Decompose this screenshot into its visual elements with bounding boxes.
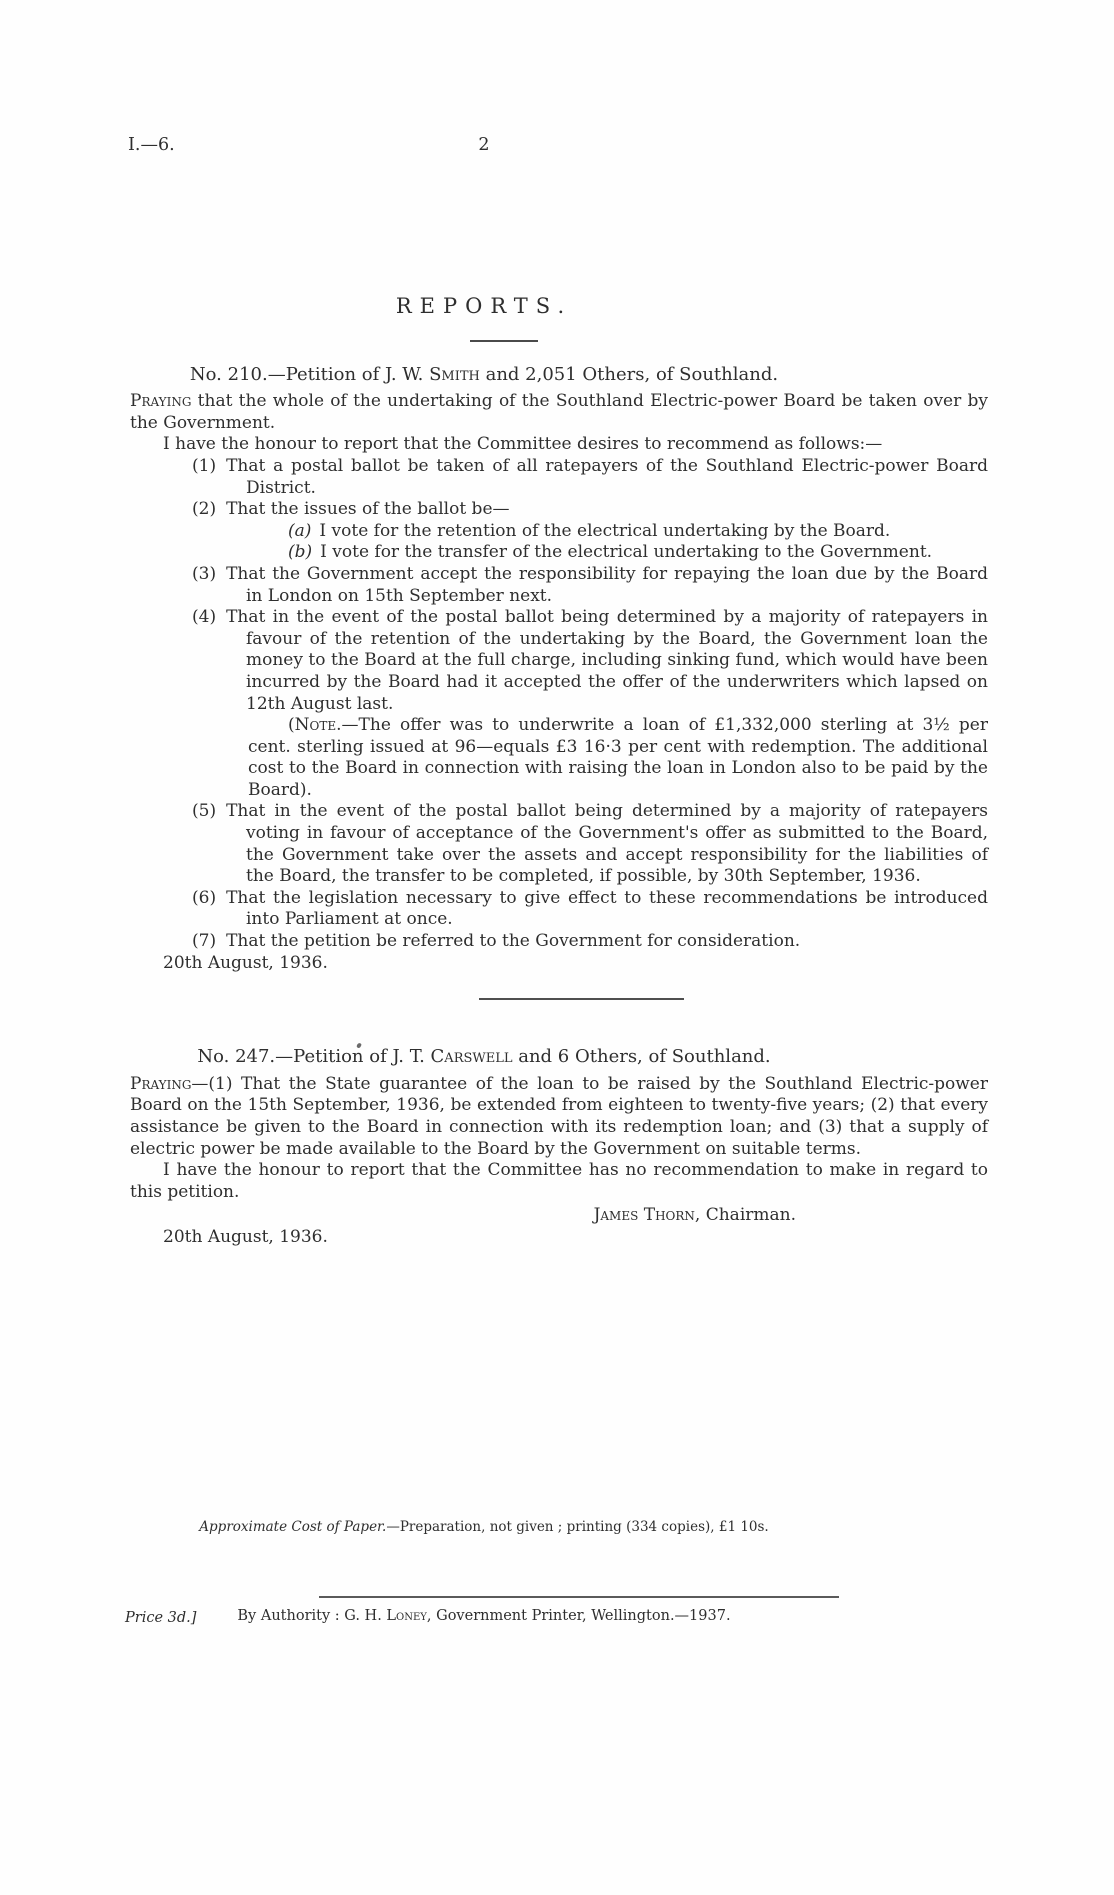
item-text: That in the event of the postal ballot b… <box>226 801 988 886</box>
recommendation-item-3: (3)That the Government accept the respon… <box>130 564 988 607</box>
petitioner-name-smith: Smith <box>429 364 480 385</box>
cost-note-text: —Preparation, not given ; printing (334 … <box>386 1519 768 1535</box>
recommendation-item-5: (5)That in the event of the postal ballo… <box>130 801 988 887</box>
ballot-option-b: (b)I vote for the transfer of the electr… <box>130 542 988 564</box>
petition-210-intro: I have the honour to report that the Com… <box>130 434 988 456</box>
petition-210-heading: No. 210.—Petition of J. W. Smith and 2,0… <box>130 364 988 386</box>
petition-247-praying: Praying—(1) That the State guarantee of … <box>130 1074 988 1160</box>
shoulder-number: I.—6. <box>128 135 175 157</box>
ballot-option-a: (a)I vote for the retention of the elect… <box>130 521 988 543</box>
cost-note-title: Approximate Cost of Paper. <box>199 1519 386 1535</box>
item-text: That in the event of the postal ballot b… <box>226 607 988 713</box>
chairman-title: , Chairman. <box>695 1205 796 1225</box>
authority-post: , Government Printer, Wellington.—1937. <box>427 1608 731 1624</box>
praying-lead: Praying <box>130 1074 191 1094</box>
cost-of-paper-note: Approximate Cost of Paper.—Preparation, … <box>130 1517 988 1539</box>
authority-pre: By Authority : G. H. <box>237 1608 386 1624</box>
petition-247-heading-pre: No. 247.—Petition of J. T. <box>197 1046 430 1067</box>
loan-note: (Note.—The offer was to underwrite a loa… <box>130 715 988 801</box>
printer-name: Loney <box>386 1608 426 1624</box>
praying-text: that the whole of the undertaking of the… <box>130 391 988 433</box>
praying-text: —(1) That the State guarantee of the loa… <box>130 1074 988 1159</box>
note-open-paren: ( <box>288 715 295 735</box>
report-title: REPORTS. <box>130 296 988 318</box>
recommendation-item-7: (7)That the petition be referred to the … <box>130 931 988 953</box>
recommendation-item-1: (1)That a postal ballot be taken of all … <box>130 456 988 499</box>
price-label: Price 3d.] <box>125 1608 196 1630</box>
recommendation-item-4: (4)That in the event of the postal ballo… <box>130 607 988 715</box>
sub-item-number: (b) <box>288 542 312 562</box>
petition-210-date: 20th August, 1936. <box>130 953 988 975</box>
petition-247-intro: I have the honour to report that the Com… <box>130 1160 988 1203</box>
item-text: That a postal ballot be taken of all rat… <box>226 456 988 498</box>
item-number: (4) <box>192 607 216 627</box>
sub-item-text: I vote for the retention of the electric… <box>319 521 890 541</box>
document-page: I.—6. 2 REPORTS. No. 210.—Petition of J.… <box>0 0 1114 1895</box>
sub-item-text: I vote for the transfer of the electrica… <box>320 542 932 562</box>
item-number: (1) <box>192 456 216 476</box>
petitioner-name-carswell: Carswell <box>431 1046 513 1067</box>
note-lead: Note. <box>295 715 342 735</box>
petition-247-heading-post: and 6 Others, of Southland. <box>513 1046 771 1067</box>
item-number: (5) <box>192 801 216 821</box>
footer-imprint: Price 3d.] By Authority : G. H. Loney, G… <box>130 1606 988 1628</box>
authority-line: By Authority : G. H. Loney, Government P… <box>130 1606 988 1628</box>
petition-210-praying: Praying that the whole of the undertakin… <box>130 391 988 434</box>
note-text: —The offer was to underwrite a loan of £… <box>248 715 988 800</box>
chairman-signature: James Thorn, Chairman. <box>130 1205 988 1227</box>
title-divider <box>470 340 538 342</box>
petition-247-date: 20th August, 1936. <box>130 1227 988 1249</box>
page-number: 2 <box>130 135 988 157</box>
item-text: That the issues of the ballot be— <box>226 499 509 519</box>
petition-210-heading-post: and 2,051 Others, of Southland. <box>480 364 778 385</box>
item-number: (7) <box>192 931 216 951</box>
footer-divider <box>319 1596 839 1598</box>
item-number: (3) <box>192 564 216 584</box>
item-text: That the Government accept the responsib… <box>226 564 988 606</box>
petition-247-heading: No. 247.—Petition of J. T. Carswell and … <box>130 1046 988 1068</box>
section-divider <box>479 998 684 1000</box>
petition-210-heading-pre: No. 210.—Petition of J. W. <box>190 364 429 385</box>
page-header: I.—6. 2 <box>130 135 988 157</box>
item-number: (2) <box>192 499 216 519</box>
chairman-name: James Thorn <box>594 1205 695 1225</box>
sub-item-number: (a) <box>288 521 311 541</box>
item-number: (6) <box>192 888 216 908</box>
recommendation-item-2: (2)That the issues of the ballot be— <box>130 499 988 521</box>
item-text: That the legislation necessary to give e… <box>226 888 988 930</box>
item-text: That the petition be referred to the Gov… <box>226 931 800 951</box>
recommendation-item-6: (6)That the legislation necessary to giv… <box>130 888 988 931</box>
page-content: I.—6. 2 REPORTS. No. 210.—Petition of J.… <box>0 0 1114 1628</box>
praying-lead: Praying <box>130 391 191 411</box>
